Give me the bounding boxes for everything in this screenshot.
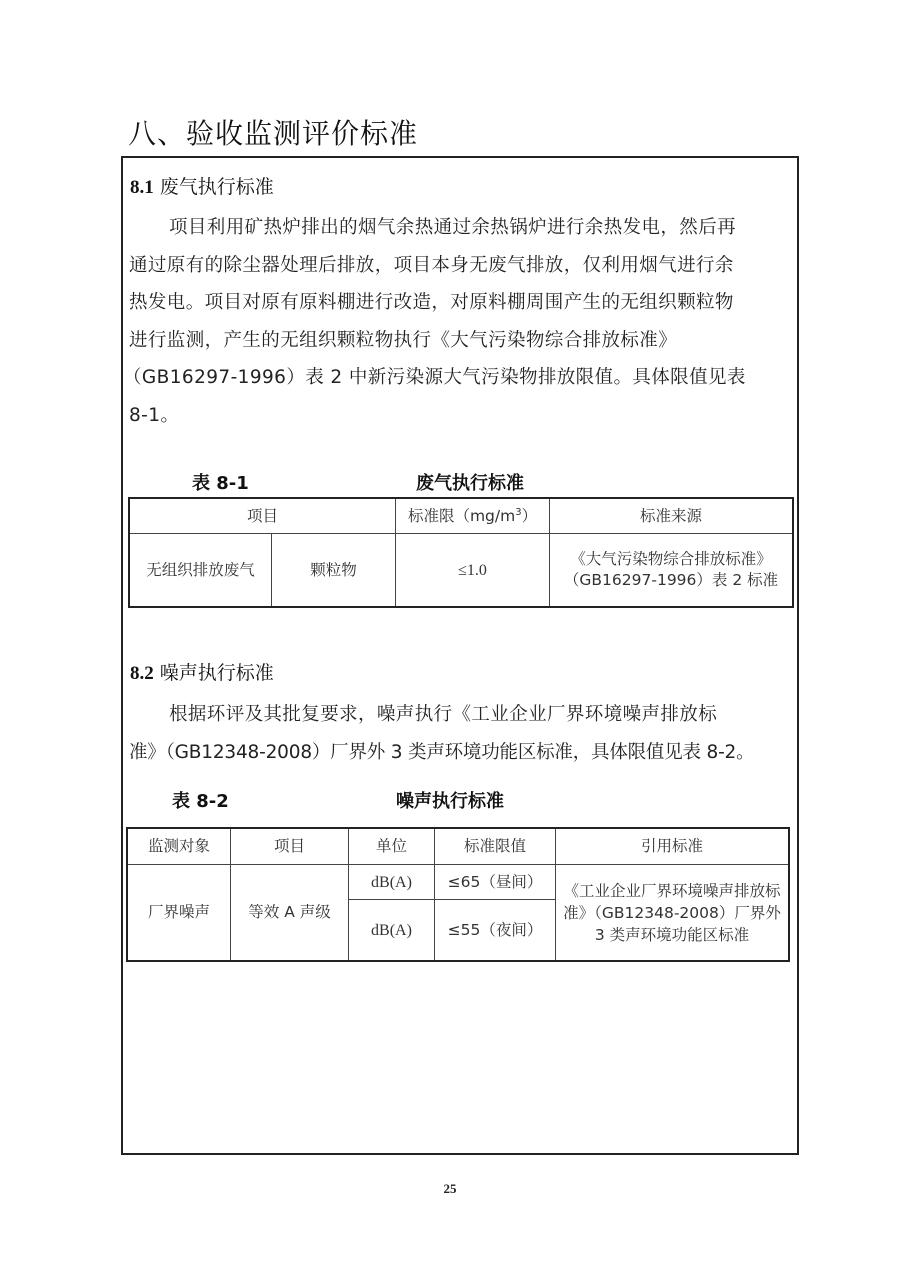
paragraph-line: （GB16297-1996）表 2 中新污染源大气污染物排放限值。具体限值见表 bbox=[123, 359, 797, 397]
section-number: 8.1 bbox=[130, 177, 154, 198]
section-8-2-paragraph: 根据环评及其批复要求，噪声执行《工业企业厂界环境噪声排放标 准》（GB12348… bbox=[129, 696, 797, 771]
section-title: 废气执行标准 bbox=[160, 176, 274, 198]
table-8-2: 监测对象 项目 单位 标准限值 引用标准 厂界噪声 等效 A 声级 dB(A) … bbox=[127, 828, 789, 961]
paragraph-line: 进行监测，产生的无组织颗粒物执行《大气污染物综合排放标准》 bbox=[129, 322, 797, 360]
paragraph-line: 8-1。 bbox=[129, 397, 797, 435]
table-header-row: 监测对象 项目 单位 标准限值 引用标准 bbox=[128, 829, 789, 865]
paragraph-line: 热发电。项目对原有原料棚进行改造，对原料棚周围产生的无组织颗粒物 bbox=[129, 284, 797, 322]
table-8-2-number: 表 8-2 bbox=[172, 787, 229, 813]
cell-object: 厂界噪声 bbox=[128, 865, 231, 961]
header-limit: 标准限值 bbox=[435, 829, 556, 865]
cell-limit-night: ≤55（夜间） bbox=[435, 900, 556, 961]
header-limit: 标准限（mg/m3） bbox=[396, 499, 550, 534]
chapter-title: 八、验收监测评价标准 bbox=[128, 112, 418, 152]
section-8-1-paragraph: 项目利用矿热炉排出的烟气余热通过余热锅炉进行余热发电，然后再 通过原有的除尘器处… bbox=[129, 209, 797, 434]
table-header-row: 项目 标准限（mg/m3） 标准来源 bbox=[130, 499, 793, 534]
cell-source: 《大气污染物综合排放标准》（GB16297-1996）表 2 标准 bbox=[550, 534, 793, 607]
table-8-2-caption: 噪声执行标准 bbox=[396, 787, 504, 813]
section-8-1-heading: 8.1 废气执行标准 bbox=[130, 172, 274, 199]
table-row: 厂界噪声 等效 A 声级 dB(A) ≤65（昼间） 《工业企业厂界环境噪声排放… bbox=[128, 865, 789, 900]
table-8-1-number: 表 8-1 bbox=[192, 469, 249, 495]
header-item: 项目 bbox=[231, 829, 349, 865]
cell-unit-night: dB(A) bbox=[349, 900, 435, 961]
section-number: 8.2 bbox=[130, 663, 154, 684]
cell-item: 等效 A 声级 bbox=[231, 865, 349, 961]
cell-reference: 《工业企业厂界环境噪声排放标准》（GB12348-2008）厂界外 3 类声环境… bbox=[556, 865, 789, 961]
table-8-1-caption: 废气执行标准 bbox=[416, 469, 524, 495]
table-8-1: 项目 标准限（mg/m3） 标准来源 无组织排放废气 颗粒物 ≤1.0 《大气污… bbox=[129, 498, 793, 607]
paragraph-line: 通过原有的除尘器处理后排放，项目本身无废气排放，仅利用烟气进行余 bbox=[129, 247, 797, 285]
header-item: 项目 bbox=[130, 499, 396, 534]
paragraph-line: 准》（GB12348-2008）厂界外 3 类声环境功能区标准，具体限值见表 8… bbox=[129, 734, 797, 772]
header-reference: 引用标准 bbox=[556, 829, 789, 865]
section-8-2-heading: 8.2 噪声执行标准 bbox=[130, 658, 274, 685]
cell-unit-day: dB(A) bbox=[349, 865, 435, 900]
table-row: 无组织排放废气 颗粒物 ≤1.0 《大气污染物综合排放标准》（GB16297-1… bbox=[130, 534, 793, 607]
cell-category: 无组织排放废气 bbox=[130, 534, 272, 607]
cell-limit: ≤1.0 bbox=[396, 534, 550, 607]
header-object: 监测对象 bbox=[128, 829, 231, 865]
cell-limit-day: ≤65（昼间） bbox=[435, 865, 556, 900]
section-title: 噪声执行标准 bbox=[160, 662, 274, 684]
header-source: 标准来源 bbox=[550, 499, 793, 534]
cell-pollutant: 颗粒物 bbox=[272, 534, 396, 607]
header-unit: 单位 bbox=[349, 829, 435, 865]
paragraph-line: 根据环评及其批复要求，噪声执行《工业企业厂界环境噪声排放标 bbox=[129, 696, 797, 734]
paragraph-line: 项目利用矿热炉排出的烟气余热通过余热锅炉进行余热发电，然后再 bbox=[129, 209, 797, 247]
page-number: 25 bbox=[0, 1181, 900, 1197]
